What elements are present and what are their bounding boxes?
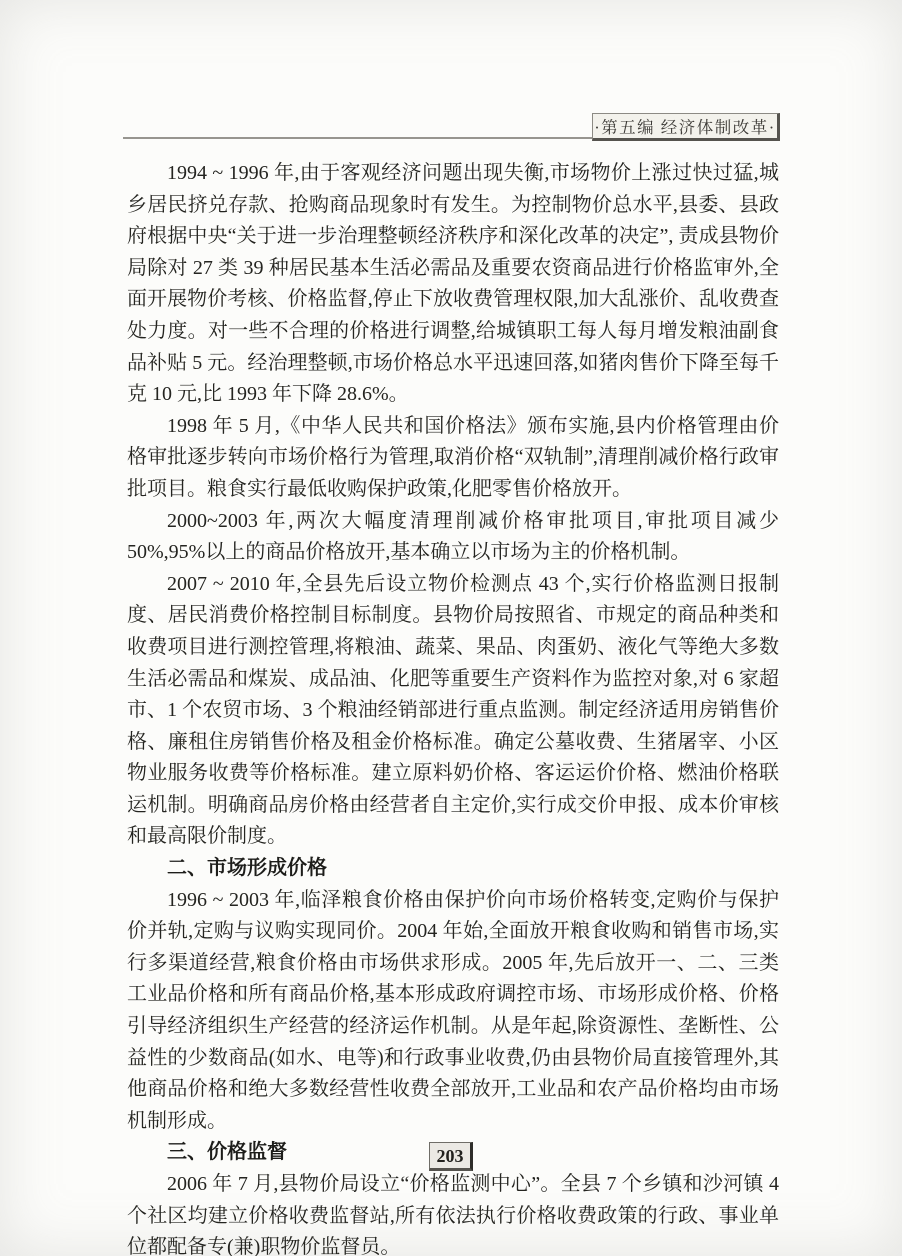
paragraph-supervision-2006: 2006 年 7 月,县物价局设立“价格监测中心”。全县 7 个乡镇和沙河镇 4… <box>127 1169 779 1256</box>
paragraph-price-control-1994: 1994 ~ 1996 年,由于客观经济问题出现失衡,市场物价上涨过快过猛,城乡… <box>127 158 779 411</box>
page-number-badge: 203 <box>429 1142 473 1171</box>
paragraph-monitoring-2007: 2007 ~ 2010 年,全县先后设立物价检测点 43 个,实行价格监测日报制… <box>127 569 779 853</box>
page-body: 1994 ~ 1996 年,由于客观经济问题出现失衡,市场物价上涨过快过猛,城乡… <box>127 158 779 1256</box>
header-rule <box>123 137 594 139</box>
paragraph-market-pricing-1996: 1996 ~ 2003 年,临泽粮食价格由保护价向市场价格转变,定购价与保护价并… <box>127 885 779 1138</box>
section-heading-market-pricing: 二、市场形成价格 <box>127 853 779 885</box>
section-header-label: ·第五编 经济体制改革· <box>594 114 776 138</box>
section-header-badge: ·第五编 经济体制改革· <box>592 113 780 141</box>
paragraph-price-law-1998: 1998 年 5 月,《中华人民共和国价格法》颁布实施,县内价格管理由价格审批逐… <box>127 411 779 506</box>
paragraph-approval-cut-2000: 2000~2003 年,两次大幅度清理削减价格审批项目,审批项目减少 50%,9… <box>127 506 779 569</box>
page-number: 203 <box>437 1146 464 1167</box>
